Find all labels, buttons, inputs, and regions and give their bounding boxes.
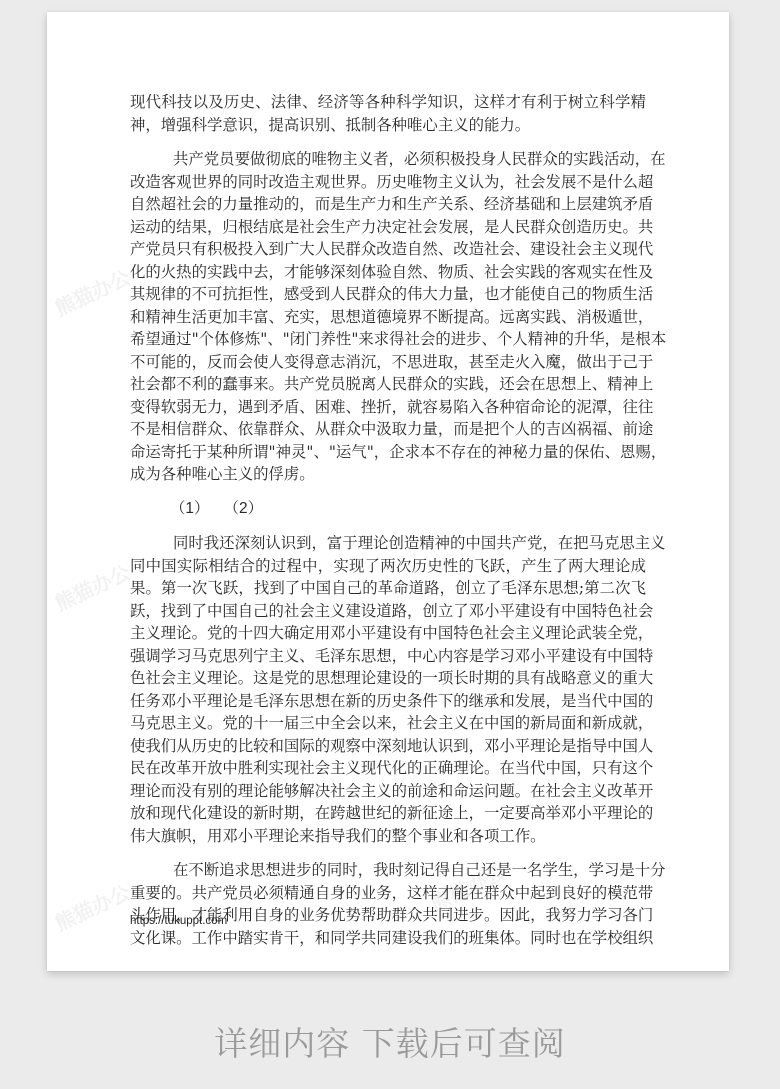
- text-line: 果。第一次飞跃，找到了中国自己的革命道路，创立了毛泽东思想;第二次飞: [130, 577, 646, 600]
- text-line: 在不断追求思想进步的同时，我时刻记得自己还是一名学生，学习是十分: [130, 859, 646, 882]
- text-line: 马克思主义。党的十一届三中全会以来，社会主义在中国的新局面和新成就，: [130, 712, 646, 735]
- text-line: 强调学习马克思列宁主义、毛泽东思想，中心内容是学习邓小平建设有中国特: [130, 645, 646, 668]
- paragraph: 在不断追求思想进步的同时，我时刻记得自己还是一名学生，学习是十分 重要的。共产党…: [130, 859, 646, 949]
- text-line: 共产党员要做彻底的唯物主义者，必须积极投身人民群众的实践活动，在: [130, 148, 646, 171]
- paragraph: 同时我还深刻认识到，富于理论创造精神的中国共产党，在把马克思主义 同中国实际相结…: [130, 532, 646, 847]
- text-line: 变得软弱无力，遇到矛盾、困难、挫折，就容易陷入各种宿命论的泥潭，往往: [130, 396, 646, 419]
- text-line: 同时我还深刻认识到，富于理论创造精神的中国共产党，在把马克思主义: [130, 532, 646, 555]
- download-prompt: 详细内容 下载后可查阅: [0, 1018, 780, 1065]
- text-line: 不是相信群众、依靠群众、从群众中汲取力量，而是把个人的吉凶祸福、前途: [130, 418, 646, 441]
- text-line: 希望通过"个体修炼"、"闭门养性"来求得社会的进步、个人精神的升华，是根本: [130, 328, 646, 351]
- text-line: 和精神生活更加丰富、充实，思想道德境界不断提高。远离实践、消极遁世，: [130, 306, 646, 329]
- text-line: 神，增强科学意识，提高识别、抵制各种唯心主义的能力。: [130, 114, 646, 137]
- text-line: 运动的结果，归根结底是社会生产力决定社会发展，是人民群众创造历史。共: [130, 216, 646, 239]
- text-line: 民在改革开放中胜利实现社会主义现代化的正确理论。在当代中国，只有这个: [130, 757, 646, 780]
- paragraph: 共产党员要做彻底的唯物主义者，必须积极投身人民群众的实践活动，在 改造客观世界的…: [130, 148, 646, 486]
- document-body: 现代科技以及历史、法律、经济等各种科学知识，这样才有利于树立科学精 神，增强科学…: [130, 91, 646, 961]
- text-line: 色社会主义理论。这是党的思想理论建设的一项长时期的具有战略意义的重大: [130, 667, 646, 690]
- section-numbering: （1） （2）: [130, 498, 646, 521]
- watermark: 熊猫办公: [50, 876, 135, 936]
- document-page: 熊猫办公 熊猫办公 熊猫办公 熊猫办公 现代科技以及历史、法律、经济等各种科学知…: [47, 12, 729, 971]
- text-line: 社会都不利的蠢事来。共产党员脱离人民群众的实践，还会在思想上、精神上: [130, 373, 646, 396]
- text-line: 产党员只有积极投入到广大人民群众改造自然、改造社会、建设社会主义现代: [130, 238, 646, 261]
- text-line: 理论而没有别的理论能够解决社会主义的前途和命运问题。在社会主义改革开: [130, 780, 646, 803]
- text-line: 成为各种唯心主义的俘虏。: [130, 463, 646, 486]
- watermark: 熊猫办公: [50, 556, 135, 616]
- text-line: 其规律的不可抗拒性，感受到人民群众的伟大力量，也才能使自己的物质生活: [130, 283, 646, 306]
- text-line: 现代科技以及历史、法律、经济等各种科学知识，这样才有利于树立科学精: [130, 91, 646, 114]
- text-line: 使我们从历史的比较和国际的观察中深刻地认识到，邓小平理论是指导中国人: [130, 735, 646, 758]
- source-url: https://tukuppt.com: [130, 915, 227, 927]
- text-line: 任务邓小平理论是毛泽东思想在新的历史条件下的继承和发展，是当代中国的: [130, 690, 646, 713]
- text-line: 主义理论。党的十四大确定用邓小平建设有中国特色社会主义理论武装全党，: [130, 622, 646, 645]
- text-line: 伟大旗帜，用邓小平理论来指导我们的整个事业和各项工作。: [130, 825, 646, 848]
- text-line: 不可能的，反而会使人变得意志消沉，不思进取，甚至走火入魔，做出于己于: [130, 351, 646, 374]
- paragraph: 现代科技以及历史、法律、经济等各种科学知识，这样才有利于树立科学精 神，增强科学…: [130, 91, 646, 136]
- text-line: 自然超社会的力量推动的，而是生产力和生产关系、经济基础和上层建筑矛盾: [130, 193, 646, 216]
- text-line: 命运寄托于某种所谓"神灵"、"运气"，企求本不存在的神秘力量的保佑、恩赐，: [130, 441, 646, 464]
- text-line: 改造客观世界的同时改造主观世界。历史唯物主义认为，社会发展不是什么超: [130, 171, 646, 194]
- text-line: 跃，找到了中国自己的社会主义建设道路，创立了邓小平建设有中国特色社会: [130, 600, 646, 623]
- text-line: 文化课。工作中踏实肯干，和同学共同建设我们的班集体。同时也在学校组织: [130, 927, 646, 950]
- watermark: 熊猫办公: [50, 261, 135, 321]
- text-line: 重要的。共产党员必须精通自身的业务，这样才能在群众中起到良好的模范带: [130, 882, 646, 905]
- text-line: 放和现代化建设的新时期，在跨越世纪的新征途上，一定要高举邓小平理论的: [130, 802, 646, 825]
- text-line: 同中国实际相结合的过程中，实现了两次历史性的飞跃，产生了两大理论成: [130, 555, 646, 578]
- text-line: 化的火热的实践中去，才能够深刻体验自然、物质、社会实践的客观实在性及: [130, 261, 646, 284]
